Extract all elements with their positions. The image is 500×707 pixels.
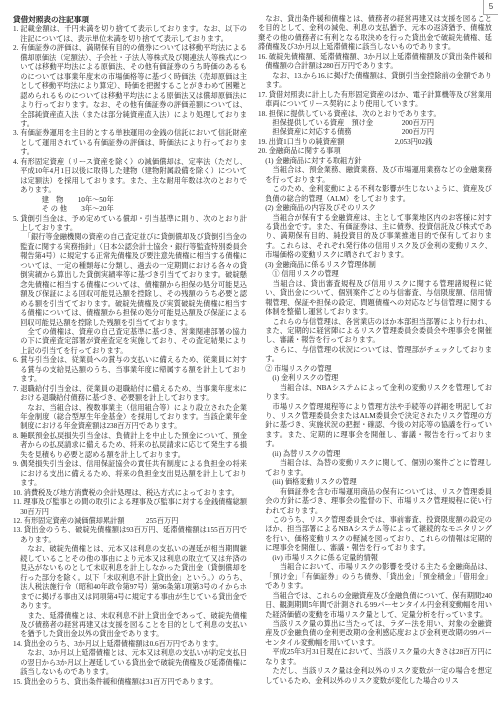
paragraph: (i) 金利リスクの管理 xyxy=(258,374,492,383)
paragraph: (iv) 市場リスクに係る定量的情報 xyxy=(258,554,492,563)
document-title: 貸借対照表の注記事項 xyxy=(13,15,247,24)
paragraph: 当組合において、市場リスクの影響を受ける主たる金融商品は、「預け金」「有価証券」… xyxy=(258,563,492,591)
paragraph: なお、13.から16.に掲げた債権額は、貸倒引当金控除前の金額であります。 xyxy=(258,72,492,91)
paragraph: これらの与信管理は、各営業店のほか本部担当部署により行われ、また、定期的に経営陣… xyxy=(258,318,492,346)
paragraph: 8. 睡眠預金払戻損失引当金は、負債計上を中止した預金について、預金者からの払戻… xyxy=(13,432,247,460)
paragraph: 10. 消費税及び地方消費税の会計処理は、税込方式によっております。 xyxy=(13,489,247,498)
paragraph: 当組合は、貸出審査規程及び信用リスクに関する管理諸規程に従い、貸出金について、個… xyxy=(258,280,492,318)
paragraph: 当組合は、預金業務、融資業務、及び市場運用業務などの金融業務を行っております。 xyxy=(258,166,492,185)
paragraph: 6. 賞与引当金は、従業員への賞与の支払いに備えるため、従業員に対する賞与の支給… xyxy=(13,356,247,384)
paragraph: 建 物 10年～50年 xyxy=(13,196,247,205)
paragraph: 11. 理事及び監事との間の取引による理事及び監事に対する金銭債権総額 30百万… xyxy=(13,498,247,517)
paragraph: 2. 有価証券の評価は、満期保有目的の債券については移動平均法による償却原価法（… xyxy=(13,44,247,129)
paragraph: (iii) 価格変動リスクの管理 xyxy=(258,478,492,487)
notes-right-column: なお、貸出条件緩和債権とは、債務者の経営再建又は支援を図ることを目的として、金利… xyxy=(258,15,492,687)
paragraph: (2) 金融商品の内容及びそのリスク xyxy=(258,204,492,213)
document-page: 5 貸借対照表の注記事項1. 記載金額は、千円未満を切り捨てて表示しております。… xyxy=(0,0,500,707)
paragraph: 7. 退職給付引当金は、従業員の退職給付に備えるため、当事業年度末における退職給… xyxy=(13,385,247,404)
notes-left-column: 貸借対照表の注記事項1. 記載金額は、千円未満を切り捨てて表示しております。なお… xyxy=(13,15,247,687)
paragraph: 当組合は、NBAシステムによって金利の変動リスクを管理しております。 xyxy=(258,384,492,403)
paragraph: 14. 貸出金のうち、3か月以上延滞債権額は0.6百万円であります。 xyxy=(13,640,247,649)
paragraph: 市場リスク管理規程等により管理方法や手続等の詳細を明記しており、リスク管理委員会… xyxy=(258,403,492,450)
paragraph: 有価証券を含む市場運用商品の保有については、リスク管理委員会の方針に基づき、理事… xyxy=(258,488,492,516)
paragraph: ② 市場リスクの管理 xyxy=(258,365,492,374)
paragraph: なお、3か月以上延滞債権とは、元本又は利息の支払いが約定支払日の翌日から3か月以… xyxy=(13,649,247,677)
paragraph: ただし、当該リスク量は金利以外のリスク変数が一定の場合を想定しているため、金利以… xyxy=(258,667,492,686)
paragraph: 平成25年3月31日現在において、当該リスク量の大きさは28百万円になります。 xyxy=(258,648,492,667)
paragraph: 15. 貸出金のうち、貸出条件緩和債権額は31百万円であります。 xyxy=(13,678,247,687)
paragraph: 20. 金融商品に関する事項 xyxy=(258,147,492,156)
paragraph: なお、破綻先債権とは、元本又は利息の支払いの遅延が相当期間継続していることその他… xyxy=(13,545,247,611)
paragraph: ① 信用リスクの管理 xyxy=(258,270,492,279)
page-number: 5 xyxy=(483,0,498,15)
paragraph: 1. 記載金額は、千円未満を切り捨てて表示しております。なお、以下の注記について… xyxy=(13,25,247,44)
paragraph: 担保資産に対応する債務 200百万円 xyxy=(258,128,492,137)
paragraph: また、延滞債権とは、未収利息不計上貸出金であって、破綻先債権及び債務者の経営再建… xyxy=(13,612,247,640)
paragraph: 17. 貸借対照表に計上した有形固定資産のほか、電子計算機等及び営業用車両につい… xyxy=(258,91,492,110)
paragraph: 4. 有形固定資産（リース資産を除く）の減価償却は、定率法（ただし、平成10年4… xyxy=(13,158,247,196)
paragraph: 当該リスク量の算出に当たっては、ラダー法を用い、対象の金融資産及び金融負債の金利… xyxy=(258,620,492,648)
paragraph: なお、当組合は、複数事業主（信用組合等）により設立された企業年金制度（総合型厚生… xyxy=(13,404,247,432)
paragraph: 16. 破綻先債権額、延滞債権額、3か月以上延滞債権額及び貸出条件緩和債権額の合… xyxy=(258,53,492,72)
paragraph: 9. 偶発損失引当金は、信用保証協会の責任共有制度による負担金の将来における支出… xyxy=(13,460,247,488)
paragraph: 「銀行等金融機関の資産の自己査定並びに貸倒償却及び貸倒引当金の監査に関する実務指… xyxy=(13,233,247,328)
paragraph: 5. 貸倒引当金は、予め定めている償却・引当基準に則り、次のとおり計上しておりま… xyxy=(13,215,247,234)
paragraph: (ii) 為替リスクの管理 xyxy=(258,450,492,459)
paragraph: 19. 出資1口当りの純資産額 2,053円02銭 xyxy=(258,138,492,147)
paragraph: 当組合が保有する金融資産は、主として事業地区内のお客様に対する貸出金です。また、… xyxy=(258,214,492,261)
paragraph: 当組合では、これらの金融資産及び金融負債について、保有期間240日、観測期間5年… xyxy=(258,592,492,620)
paragraph: 13. 貸出金のうち、破綻先債権額は93百万円、延滞債権額は155百万円でありま… xyxy=(13,526,247,545)
paragraph: このうち、リスク管理委員会では、事前審査、投資限度額の設定のほか、担当部署による… xyxy=(258,516,492,554)
paragraph: 当組合は、為替の変動リスクに関して、個別の案件ごとに管理しております。 xyxy=(258,459,492,478)
paragraph: 18. 担保に提供している資産は、次のとおりであります。 xyxy=(258,110,492,119)
paragraph: さらに、与信管理の状況については、管理部がチェックしております。 xyxy=(258,346,492,365)
two-column-layout: 貸借対照表の注記事項1. 記載金額は、千円未満を切り捨てて表示しております。なお… xyxy=(13,15,492,687)
paragraph: なお、貸出条件緩和債権とは、債務者の経営再建又は支援を図ることを目的として、金利… xyxy=(258,15,492,53)
paragraph: 全ての債権は、資産の自己査定基準に基づき、営業関連部署の協力の下に資産査定部署が… xyxy=(13,328,247,356)
paragraph: そ の 他 3年～20年 xyxy=(13,205,247,214)
paragraph: (1) 金融商品に対する取組方針 xyxy=(258,157,492,166)
paragraph: (3) 金融商品に係るリスク管理体制 xyxy=(258,261,492,270)
paragraph: 3. 有価証券運用を主目的とする単独運用の金銭の信託において信託財産として運用さ… xyxy=(13,129,247,157)
paragraph: このため、金利変動による不利な影響が生じないように、資産及び負債の総合的管理（A… xyxy=(258,185,492,204)
